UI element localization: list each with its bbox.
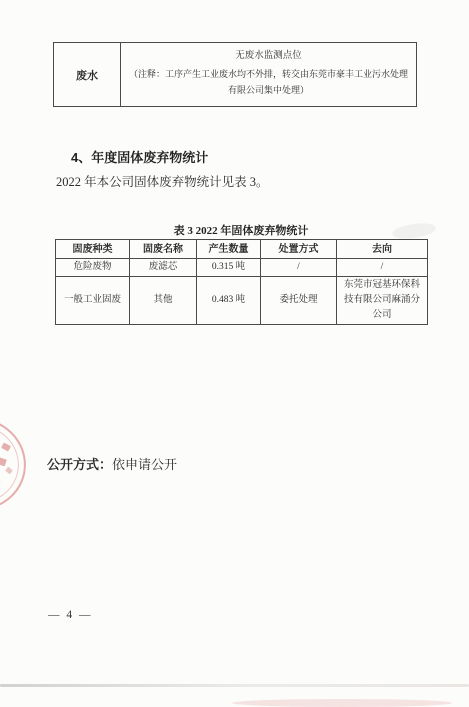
wastewater-table: 废水 无废水监测点位 （注释：工序产生工业废水均不外排，转交由东莞市豪丰工业污水… <box>53 42 417 107</box>
cell-waste-name: 其他 <box>130 277 197 325</box>
wastewater-row-label: 废水 <box>54 43 121 106</box>
col-header-waste-type: 固废种类 <box>56 240 130 259</box>
cell-waste-type: 一般工业固废 <box>56 277 130 325</box>
wastewater-main-text: 无废水监测点位 <box>127 48 410 64</box>
table-row: 危险废物 废滤芯 0.315 吨 / / <box>56 259 428 277</box>
solid-waste-table-title: 表 3 2022 年固体废弃物统计 <box>55 222 427 238</box>
cell-disposal: / <box>261 259 337 277</box>
page-edge-shadow <box>0 684 469 687</box>
section-heading: 4、年度固体废弃物统计 <box>71 147 208 166</box>
solid-waste-table: 固废种类 固废名称 产生数量 处置方式 去向 危险废物 废滤芯 0.315 吨 … <box>55 239 428 325</box>
col-header-disposal: 处置方式 <box>261 240 337 259</box>
table-header-row: 固废种类 固废名称 产生数量 处置方式 去向 <box>56 240 428 259</box>
col-header-quantity: 产生数量 <box>197 240 261 259</box>
cell-disposal: 委托处理 <box>261 277 337 325</box>
document-page: 废水 无废水监测点位 （注释：工序产生工业废水均不外排，转交由东莞市豪丰工业污水… <box>0 0 469 707</box>
cell-waste-type: 危险废物 <box>56 259 130 277</box>
col-header-waste-name: 固废名称 <box>130 240 197 259</box>
cell-quantity: 0.483 吨 <box>197 277 261 325</box>
cell-destination: 东莞市冠基环保科技有限公司麻涌分公司 <box>337 277 428 325</box>
red-seal-stamp-icon <box>0 418 26 510</box>
section-body-text: 2022 年本公司固体废弃物统计见表 3。 <box>56 172 269 190</box>
page-number: — 4 — <box>48 609 93 621</box>
cell-waste-name: 废滤芯 <box>130 259 197 277</box>
cell-quantity: 0.315 吨 <box>197 259 261 277</box>
cell-destination: / <box>337 259 428 277</box>
disclosure-value: 依申请公开 <box>112 457 177 472</box>
disclosure-label: 公开方式： <box>47 457 112 472</box>
col-header-destination: 去向 <box>337 240 428 259</box>
wastewater-note-text: （注释：工序产生工业废水均不外排，转交由东莞市豪丰工业污水处理有限公司集中处理） <box>127 66 410 98</box>
wastewater-content-cell: 无废水监测点位 （注释：工序产生工业废水均不外排，转交由东莞市豪丰工业污水处理有… <box>121 43 416 106</box>
table-row: 一般工业固废 其他 0.483 吨 委托处理 东莞市冠基环保科技有限公司麻涌分公… <box>56 277 428 325</box>
disclosure-line: 公开方式：依申请公开 <box>47 454 177 473</box>
scan-smudge <box>232 699 452 707</box>
